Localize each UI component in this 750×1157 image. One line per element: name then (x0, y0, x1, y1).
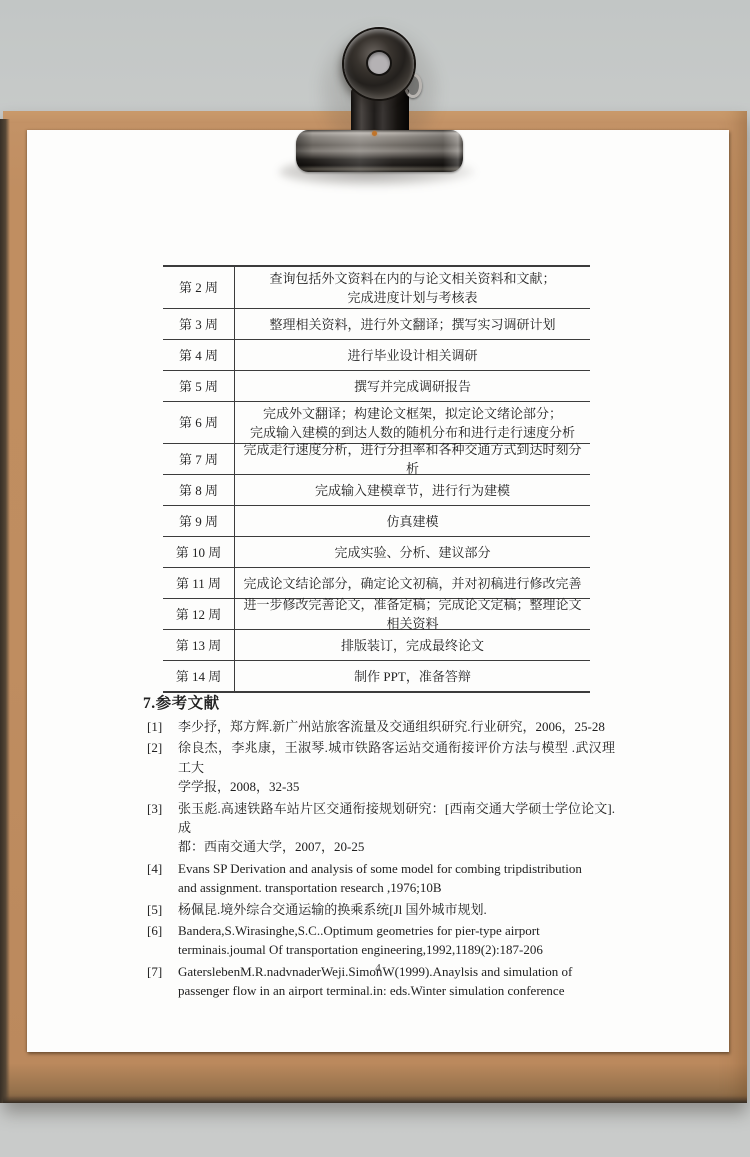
week-cell: 第 8 周 (163, 475, 235, 505)
task-cell: 完成外文翻译；构建论文框架，拟定论文绪论部分； 完成输入建模的到达人数的随机分布… (235, 402, 590, 443)
reference-text: 李少抒，郑方辉.新广州站旅客流量及交通组织研究.行业研究，2006，25-28 (178, 717, 615, 736)
table-row: 第 8 周 完成输入建模章节，进行行为建模 (163, 475, 590, 506)
week-cell: 第 10 周 (163, 537, 235, 567)
reference-number: [5] (147, 900, 178, 919)
binder-clip-head (344, 29, 414, 99)
table-row: 第 13 周 排版装订，完成最终论文 (163, 630, 590, 661)
week-cell: 第 12 周 (163, 599, 235, 629)
table-row: 第 4 周 进行毕业设计相关调研 (163, 340, 590, 371)
table-row: 第 6 周 完成外文翻译；构建论文框架，拟定论文绪论部分； 完成输入建模的到达人… (163, 402, 590, 444)
week-cell: 第 5 周 (163, 371, 235, 401)
reference-number: [6] (147, 921, 178, 960)
week-cell: 第 2 周 (163, 267, 235, 308)
clip-reflection-dot (372, 131, 377, 136)
week-cell: 第 13 周 (163, 630, 235, 660)
progress-schedule-table: 第 2 周 查询包括外文资料在内的与论文相关资料和文献； 完成进度计划与考核表 … (163, 265, 590, 693)
table-row: 第 9 周 仿真建模 (163, 506, 590, 537)
week-cell: 第 4 周 (163, 340, 235, 370)
reference-number: [2] (147, 738, 178, 796)
table-row: 第 3 周 整理相关资料，进行外文翻译；撰写实习调研计划 (163, 309, 590, 340)
clip-hanging-hole (368, 52, 390, 74)
table-row: 第 10 周 完成实验、分析、建议部分 (163, 537, 590, 568)
references-list: [1] 李少抒，郑方辉.新广州站旅客流量及交通组织研究.行业研究，2006，25… (147, 717, 615, 1003)
task-cell: 完成输入建模章节，进行行为建模 (235, 475, 590, 505)
binder-clip-bar (296, 130, 463, 172)
task-cell: 排版装订，完成最终论文 (235, 630, 590, 660)
references-heading: 7.参考文献 (143, 691, 220, 713)
task-cell: 完成走行速度分析，进行分担率和各种交通方式到达时刻分析 (235, 444, 590, 474)
week-cell: 第 11 周 (163, 568, 235, 598)
reference-number: [1] (147, 717, 178, 736)
scene: 第 2 周 查询包括外文资料在内的与论文相关资料和文献； 完成进度计划与考核表 … (0, 0, 750, 1157)
week-cell: 第 14 周 (163, 661, 235, 691)
reference-item: [5] 杨佩昆.境外综合交通运输的换乘系统[Jl 国外城市规划. (147, 900, 615, 919)
table-row: 第 7 周 完成走行速度分析，进行分担率和各种交通方式到达时刻分析 (163, 444, 590, 475)
reference-text: Bandera,S.Wirasinghe,S.C..Optimum geomet… (178, 921, 615, 960)
week-cell: 第 6 周 (163, 402, 235, 443)
task-cell: 仿真建模 (235, 506, 590, 536)
reference-item: [6] Bandera,S.Wirasinghe,S.C..Optimum ge… (147, 921, 615, 960)
task-cell: 制作 PPT，准备答辩 (235, 661, 590, 691)
table-row: 第 12 周 进一步修改完善论文，准备定稿；完成论文定稿；整理论文相关资料 (163, 599, 590, 630)
task-cell: 查询包括外文资料在内的与论文相关资料和文献； 完成进度计划与考核表 (235, 267, 590, 308)
reference-number: [3] (147, 799, 178, 857)
task-cell: 进行毕业设计相关调研 (235, 340, 590, 370)
table-row: 第 2 周 查询包括外文资料在内的与论文相关资料和文献； 完成进度计划与考核表 (163, 267, 590, 309)
reference-number: [4] (147, 859, 178, 898)
reference-item: [2] 徐良杰，李兆康，王淑琴.城市铁路客运站交通衔接评价方法与模型 .武汉理工… (147, 738, 615, 796)
document-page: 第 2 周 查询包括外文资料在内的与论文相关资料和文献； 完成进度计划与考核表 … (27, 130, 729, 1052)
reference-item: [3] 张玉彪.高速铁路车站片区交通衔接规划研究：[西南交通大学硕士学位论文].… (147, 799, 615, 857)
task-cell: 进一步修改完善论文，准备定稿；完成论文定稿；整理论文相关资料 (235, 599, 590, 629)
page-number: 4 (27, 962, 729, 974)
task-cell: 整理相关资料，进行外文翻译；撰写实习调研计划 (235, 309, 590, 339)
task-cell: 完成论文结论部分，确定论文初稿，并对初稿进行修改完善 (235, 568, 590, 598)
week-cell: 第 9 周 (163, 506, 235, 536)
reference-text: 杨佩昆.境外综合交通运输的换乘系统[Jl 国外城市规划. (178, 900, 615, 919)
week-cell: 第 3 周 (163, 309, 235, 339)
reference-text: 张玉彪.高速铁路车站片区交通衔接规划研究：[西南交通大学硕士学位论文].成 都：… (178, 799, 615, 857)
task-cell: 完成实验、分析、建议部分 (235, 537, 590, 567)
reference-text: 徐良杰，李兆康，王淑琴.城市铁路客运站交通衔接评价方法与模型 .武汉理工大 学学… (178, 738, 615, 796)
task-cell: 撰写并完成调研报告 (235, 371, 590, 401)
reference-text: Evans SP Derivation and analysis of some… (178, 859, 615, 898)
reference-item: [1] 李少抒，郑方辉.新广州站旅客流量及交通组织研究.行业研究，2006，25… (147, 717, 615, 736)
table-row: 第 14 周 制作 PPT，准备答辩 (163, 661, 590, 691)
week-cell: 第 7 周 (163, 444, 235, 474)
reference-item: [4] Evans SP Derivation and analysis of … (147, 859, 615, 898)
table-row: 第 5 周 撰写并完成调研报告 (163, 371, 590, 402)
